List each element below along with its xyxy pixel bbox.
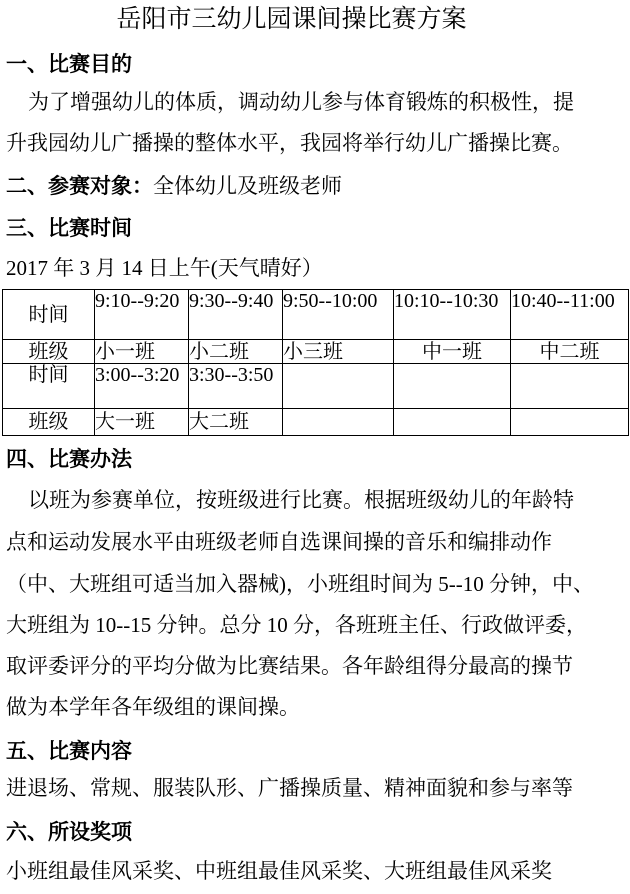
table-row-class-morning: 班级 小一班 小二班 小三班 中一班 中二班 (3, 340, 629, 364)
table-cell-class-name: 大二班 (189, 409, 283, 436)
table-cell-time-label: 时间 (3, 364, 95, 409)
schedule-table: 时间 9:10--9:20 9:30--9:40 9:50--10:00 10:… (2, 289, 629, 436)
table-cell-time-slot: 9:50--10:00 (283, 290, 394, 340)
document-title: 岳阳市三幼儿园课间操比赛方案 (0, 6, 583, 34)
table-row-time-morning: 时间 9:10--9:20 9:30--9:40 9:50--10:00 10:… (3, 290, 629, 340)
section-5-heading: 五、比赛内容 (6, 740, 628, 762)
section-2-text: 全体幼儿及班级老师 (153, 174, 342, 198)
table-cell-time-slot: 3:30--3:50 (189, 364, 283, 409)
table-cell-class-name: 中一班 (394, 340, 511, 364)
section-2-line: 二、参赛对象：全体幼儿及班级老师 (6, 175, 628, 197)
section-1-paragraph-line-1: 为了增强幼儿的体质，调动幼儿参与体育锻炼的积极性，提 (6, 91, 628, 113)
table-cell-time-slot: 9:10--9:20 (95, 290, 189, 340)
section-4-paragraph-line-6: 做为本学年各年级组的课间操。 (6, 696, 628, 718)
section-4-paragraph-line-2: 点和运动发展水平由班级老师自选课间操的音乐和编排动作 (6, 531, 628, 553)
table-cell-time-slot: 9:30--9:40 (189, 290, 283, 340)
section-4-paragraph-line-3: （中、大班组可适当加入器械)，小班组时间为 5--10 分钟，中、 (6, 573, 628, 595)
table-cell-class-name: 中二班 (511, 340, 629, 364)
table-cell-time-label: 时间 (3, 290, 95, 340)
section-4-heading: 四、比赛办法 (6, 448, 628, 470)
table-cell-empty (283, 364, 394, 409)
section-3-date-line: 2017 年 3 月 14 日上午(天气晴好） (6, 257, 628, 279)
section-1-paragraph-line-2: 升我园幼儿广播操的整体水平，我园将举行幼儿广播操比赛。 (6, 132, 628, 154)
table-cell-class-name: 小三班 (283, 340, 394, 364)
section-4-paragraph-line-5: 取评委评分的平均分做为比赛结果。各年龄组得分最高的操节 (6, 655, 628, 677)
table-row-time-afternoon: 时间 3:00--3:20 3:30--3:50 (3, 364, 629, 409)
section-4-paragraph-line-1: 以班为参赛单位，按班级进行比赛。根据班级幼儿的年龄特 (6, 489, 628, 511)
table-cell-empty (511, 364, 629, 409)
section-6-heading: 六、所设奖项 (6, 821, 628, 843)
section-6-text: 小班组最佳风采奖、中班组最佳风采奖、大班组最佳风采奖 (6, 860, 628, 882)
table-cell-time-slot: 3:00--3:20 (95, 364, 189, 409)
table-cell-empty (394, 364, 511, 409)
table-cell-class-label: 班级 (3, 409, 95, 436)
section-1-heading: 一、比赛目的 (6, 53, 628, 75)
table-cell-class-name: 大一班 (95, 409, 189, 436)
table-cell-time-slot: 10:10--10:30 (394, 290, 511, 340)
table-cell-class-label: 班级 (3, 340, 95, 364)
section-4-paragraph-line-4: 大班组为 10--15 分钟。总分 10 分，各班班主任、行政做评委， (6, 614, 628, 636)
table-cell-class-name: 小二班 (189, 340, 283, 364)
section-3-heading: 三、比赛时间 (6, 217, 628, 239)
table-cell-empty (511, 409, 629, 436)
table-row-class-afternoon: 班级 大一班 大二班 (3, 409, 629, 436)
table-cell-class-name: 小一班 (95, 340, 189, 364)
section-2-heading: 二、参赛对象： (6, 174, 153, 198)
document-page: 岳阳市三幼儿园课间操比赛方案 一、比赛目的 为了增强幼儿的体质，调动幼儿参与体育… (0, 0, 630, 894)
table-cell-empty (283, 409, 394, 436)
table-cell-time-slot: 10:40--11:00 (511, 290, 629, 340)
table-cell-empty (394, 409, 511, 436)
section-5-text: 进退场、常规、服装队形、广播操质量、精神面貌和参与率等 (6, 777, 628, 799)
